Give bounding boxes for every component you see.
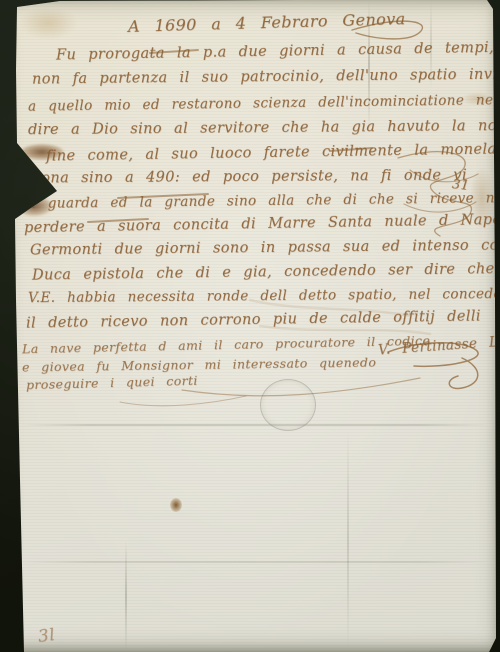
fold-crease <box>20 424 490 426</box>
marginal-number: 31 <box>451 177 470 194</box>
manuscript-line: a quello mio ed restarono scienza dell'i… <box>28 91 500 114</box>
manuscript-line: non fa partenza il suo patrocinio, dell'… <box>32 66 500 87</box>
manuscript-line: si guarda ed la grande sino alla che di … <box>24 190 500 212</box>
tail-flourish <box>120 396 246 406</box>
manuscript-line: Germonti due giorni sono in passa sua ed… <box>30 238 500 259</box>
manuscript-line: il detto ricevo non corrono piu de calde… <box>26 308 481 331</box>
watermark-circle <box>260 379 316 431</box>
manuscript-line: La nave perfetta d ami il caro procurato… <box>22 333 430 357</box>
bottom-ink-mark: 3l <box>37 625 57 647</box>
manuscript-line: proseguire i quei corti <box>26 373 198 392</box>
manuscript-line: dire a Dio sino al servitore che ha gia … <box>28 118 500 138</box>
manuscript-paper: A 1690 a 4 Febraro Genova Fu prorogata l… <box>0 0 500 652</box>
fold-crease <box>347 430 349 652</box>
foxing-spot <box>18 6 78 40</box>
manuscript-line: fine come, al suo luoco farete civilment… <box>46 141 497 164</box>
fold-crease <box>20 561 490 563</box>
photograph-background: A 1690 a 4 Febraro Genova Fu prorogata l… <box>0 0 500 652</box>
manuscript-line: e giovea fu Monsignor mi interessato que… <box>22 355 376 375</box>
manuscript-line: V.E. habbia necessita ronde dell detto s… <box>28 286 500 306</box>
foxing-spot <box>170 498 182 512</box>
manuscript-line: tiona sino a 490: ed poco persiste, na f… <box>30 167 467 186</box>
manuscript-line: Fu prorogata la p.a due giorni a causa d… <box>56 39 500 64</box>
manuscript-line: Duca epistola che di e gia, concedendo s… <box>32 260 500 283</box>
letter-dateline: A 1690 a 4 Febraro Genova <box>128 9 406 36</box>
manuscript-line: perdere a suora concita di Marre Santa n… <box>24 212 500 237</box>
fold-crease <box>125 540 127 652</box>
